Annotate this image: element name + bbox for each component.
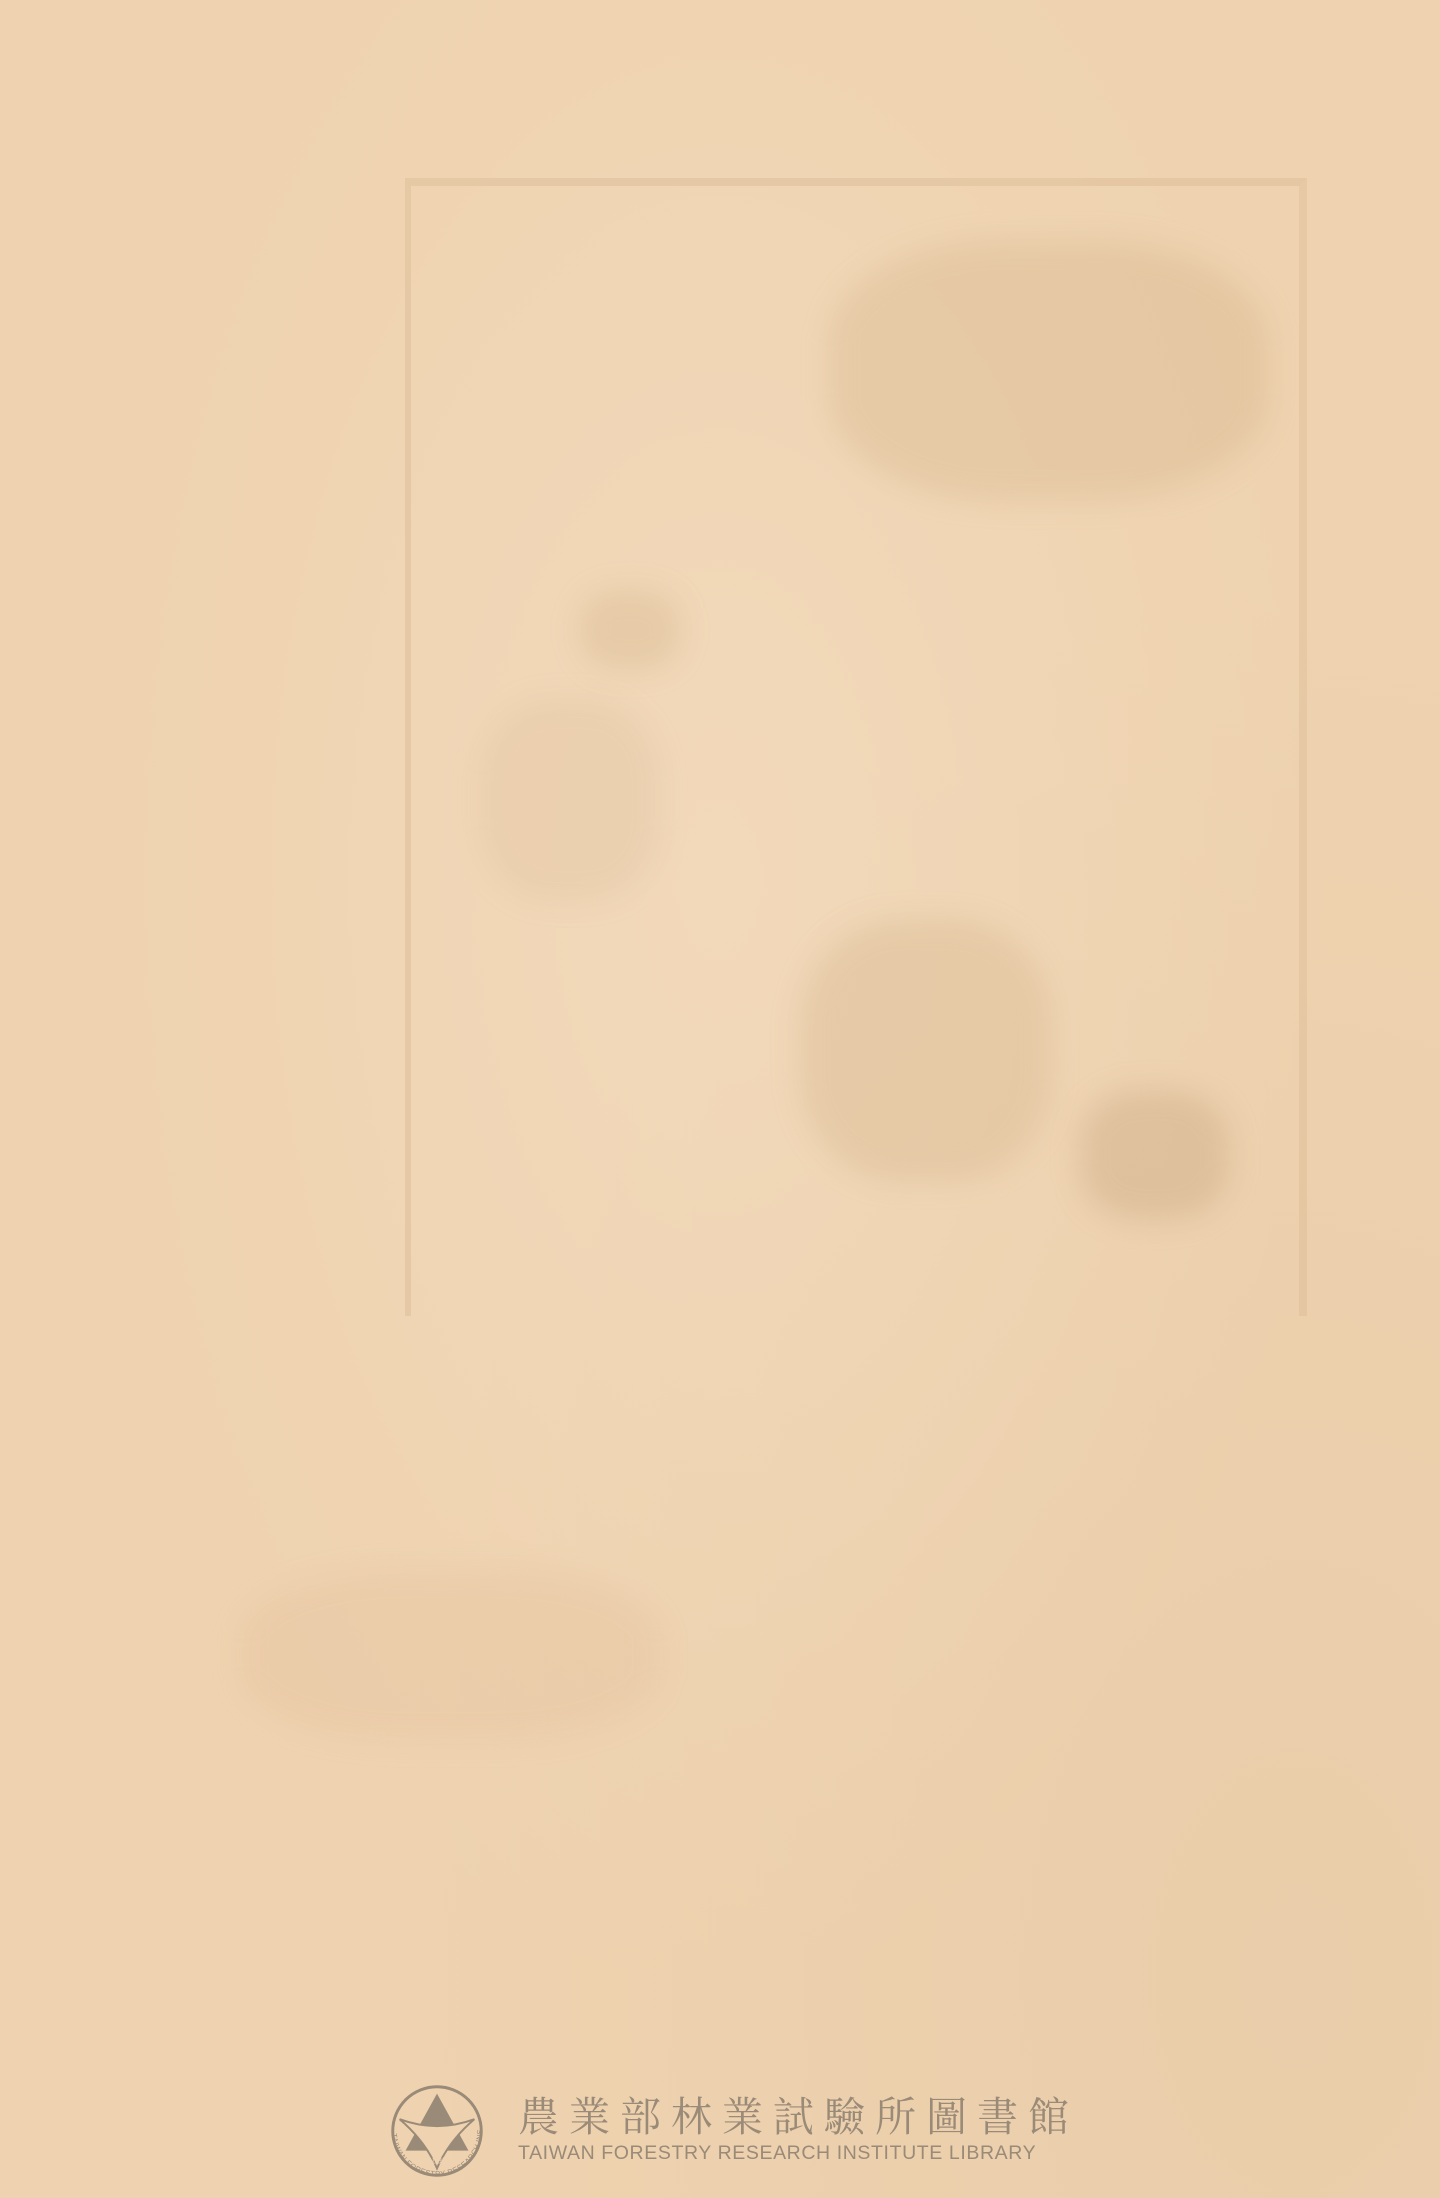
library-watermark-footer: 1896 TAIWAN FORESTRY RESEARCH INSTITUTE … (378, 2068, 1079, 2193)
bleed-through-stain (800, 920, 1050, 1180)
bleed-through-stain (1080, 1090, 1230, 1220)
bleed-through-stain (480, 700, 660, 900)
library-name-english: TAIWAN FORESTRY RESEARCH INSTITUTE LIBRA… (518, 2144, 1079, 2164)
bleed-through-stain (240, 1570, 660, 1740)
svg-text:1896: 1896 (427, 2155, 447, 2165)
scanned-page: 1896 TAIWAN FORESTRY RESEARCH INSTITUTE … (0, 0, 1440, 2198)
bleed-through-stain (580, 590, 680, 670)
bleed-through-stain (830, 240, 1270, 500)
library-name-chinese: 農業部林業試驗所圖書館 (518, 2097, 1079, 2138)
taiwan-forestry-research-institute-seal-icon: 1896 TAIWAN FORESTRY RESEARCH INSTITUTE (378, 2072, 496, 2190)
